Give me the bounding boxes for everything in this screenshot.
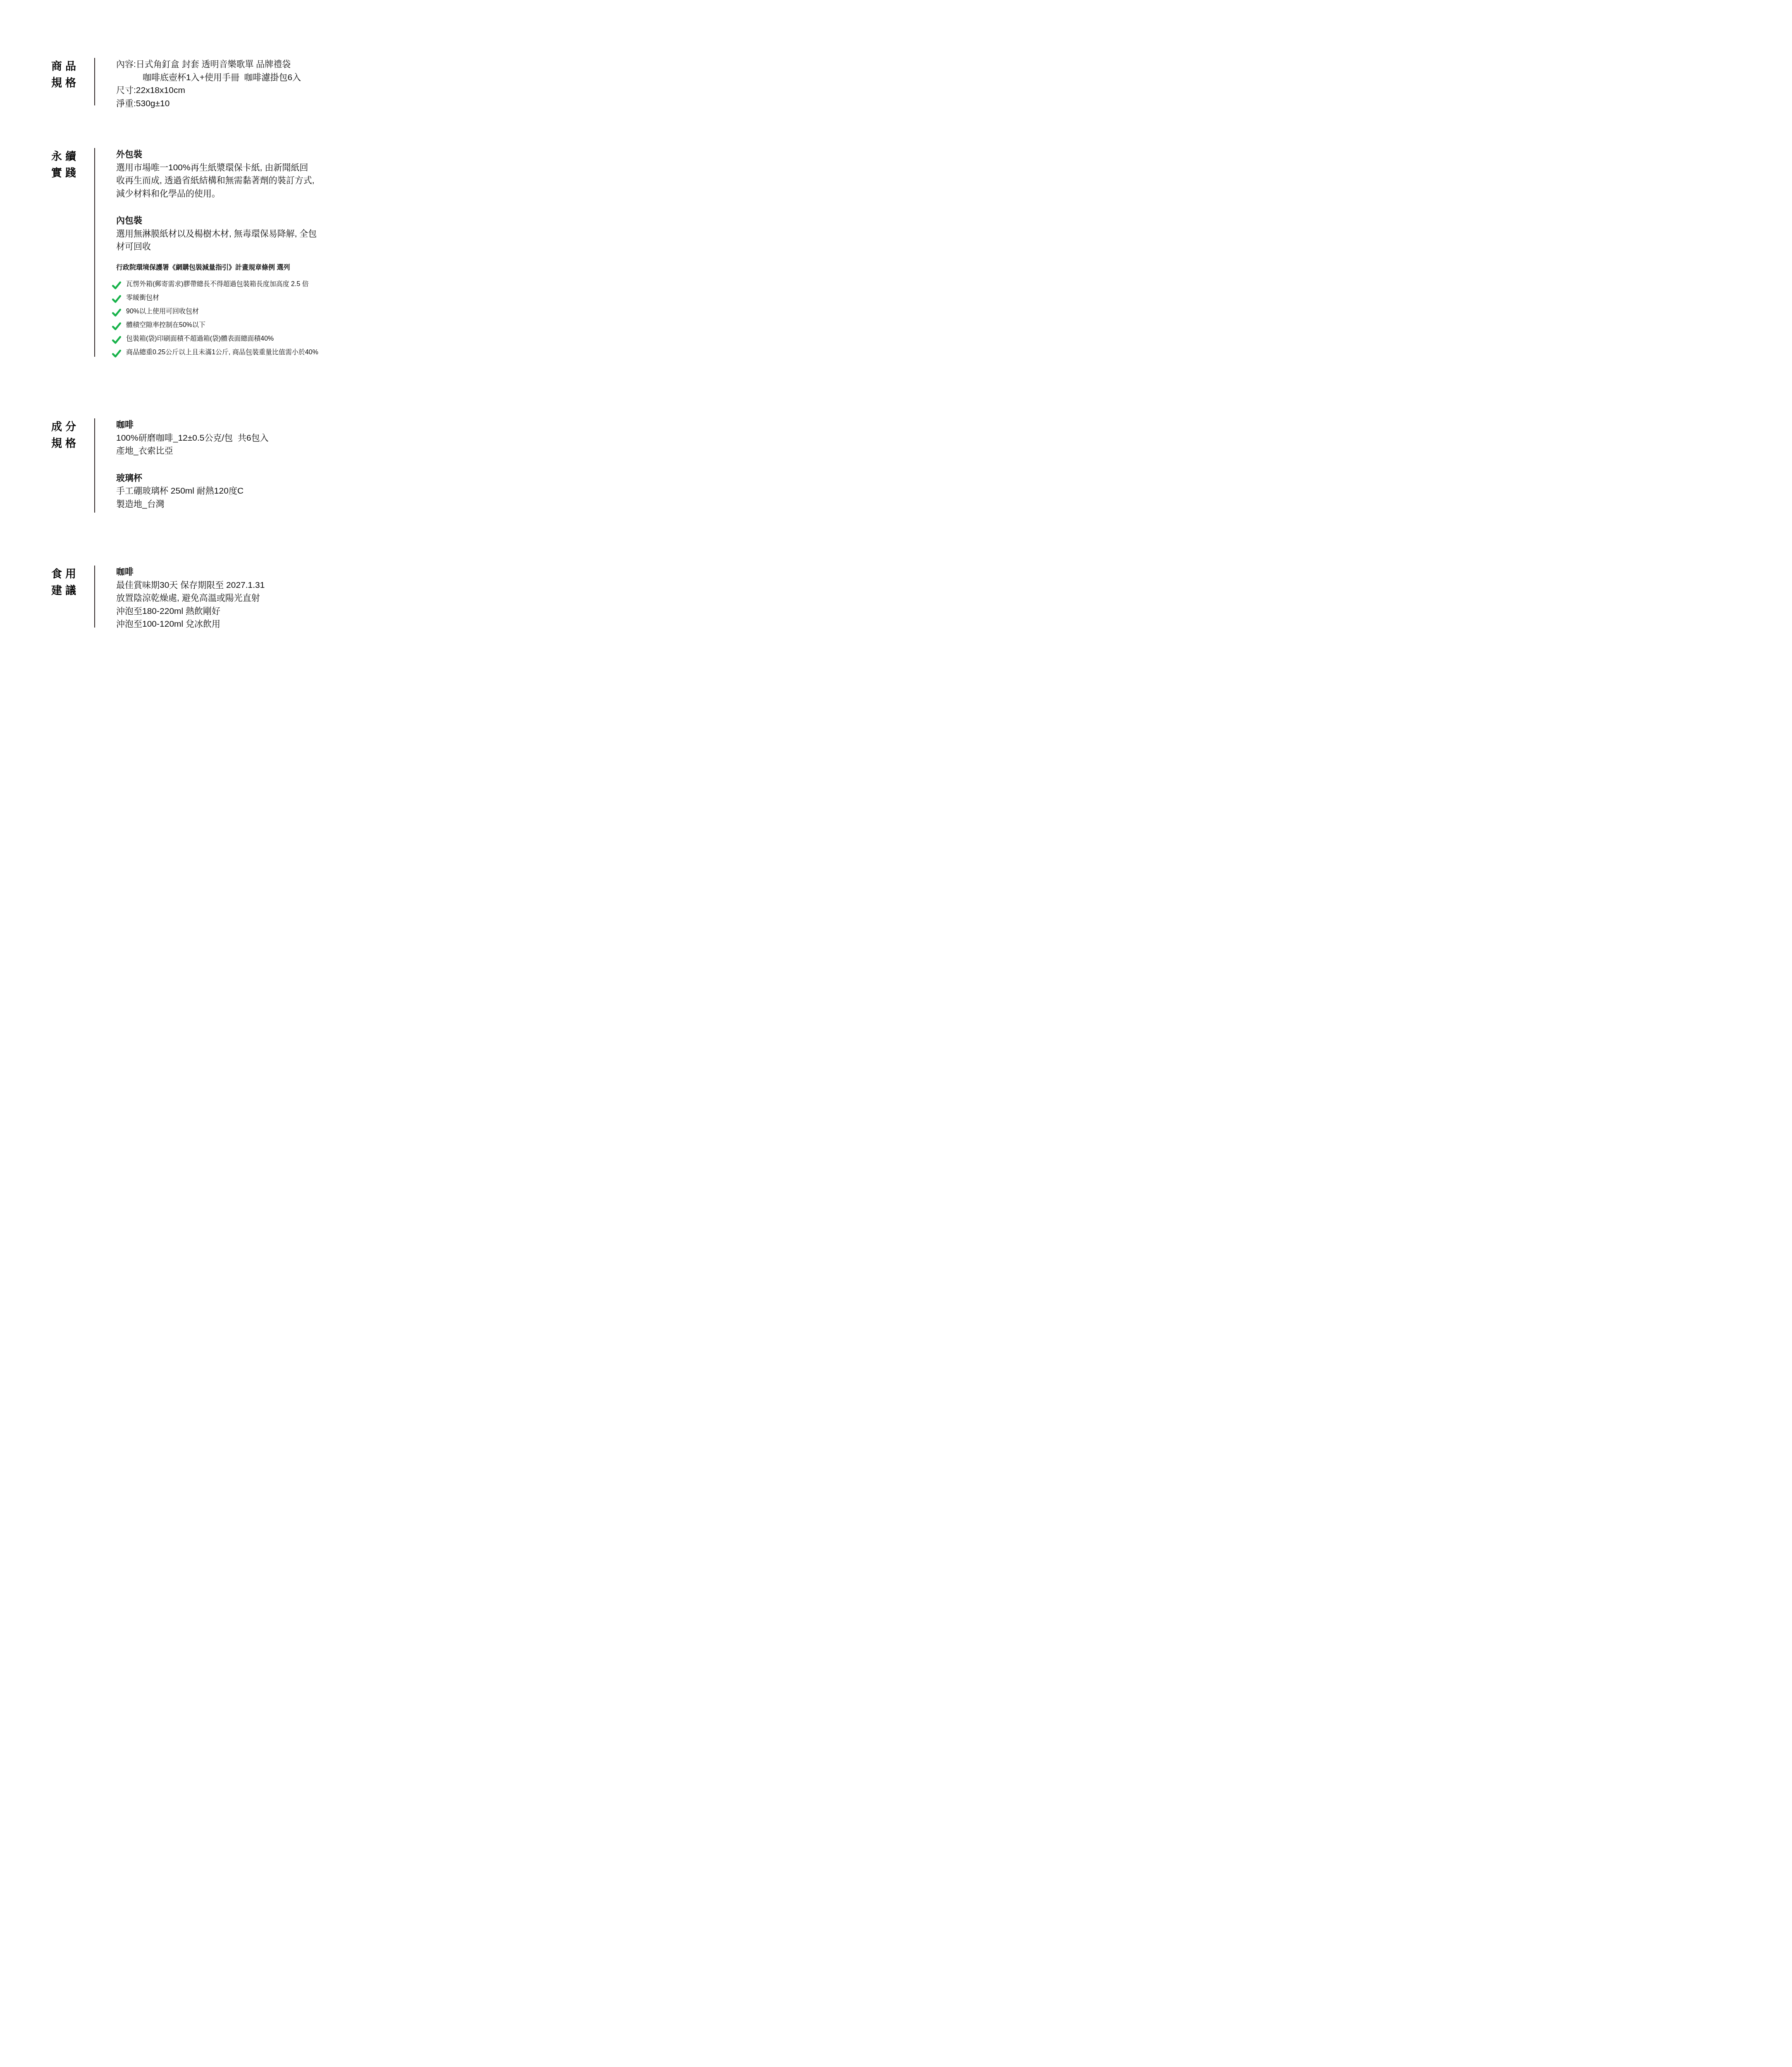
outer-packaging-heading: 外包裝 — [116, 148, 318, 161]
coffee-heading: 咖啡 — [116, 566, 265, 579]
section-consumption-advice: 食用 建議 咖啡 最佳賞味期30天 保存期限至 2027.1.31 放置陰涼乾燥… — [0, 566, 265, 631]
outer-packaging-text: 收再生而成, 透過省紙結構和無需黏著劑的裝訂方式, — [116, 174, 318, 187]
checklist-item: 瓦愣外箱(郵寄需求)膠帶總長不得超過包裝箱長度加高度 2.5 倍 — [112, 278, 318, 291]
check-icon — [112, 308, 121, 316]
coffee-spec: 100%研磨咖啡_12±0.5公克/包 共6包入 — [116, 432, 269, 445]
inner-packaging-text: 選用無淋膜紙材以及楊樹木材, 無毒環保易降解, 全包 — [116, 227, 318, 241]
section-label-line: 成分 — [51, 418, 94, 435]
section-label-line: 商品 — [51, 58, 94, 74]
check-icon — [112, 348, 121, 357]
section-label-line: 實踐 — [51, 165, 94, 181]
section-content: 咖啡 100%研磨咖啡_12±0.5公克/包 共6包入 產地_衣索比亞 玻璃杯 … — [95, 418, 269, 511]
section-label-ingredients: 成分 規格 — [0, 418, 94, 451]
outer-packaging-text: 選用市場唯一100%再生紙漿環保卡紙, 由新聞紙回 — [116, 161, 318, 174]
glass-spec: 手工硼玻璃杯 250ml 耐熱120度C — [116, 485, 269, 498]
check-icon — [112, 280, 121, 289]
checklist-item: 零緩衝包材 — [112, 291, 318, 305]
checklist-item-label: 包裝箱(袋)印刷面積不超過箱(袋)體表面總面積40% — [126, 332, 274, 346]
section-label-line: 規格 — [51, 74, 94, 91]
section-product-spec: 商品 規格 內容:日式角釘盒 封套 透明音樂歌單 品牌禮袋 咖啡底壺杯1入+使用… — [0, 58, 301, 110]
section-label-sustainability: 永續 實踐 — [0, 148, 94, 181]
check-icon — [112, 294, 121, 302]
inner-packaging-heading: 內包裝 — [116, 214, 318, 227]
section-ingredients: 成分 規格 咖啡 100%研磨咖啡_12±0.5公克/包 共6包入 產地_衣索比… — [0, 418, 269, 513]
checklist-item: 體積空隙率控制在50%以下 — [112, 319, 318, 332]
section-label-line: 建議 — [51, 582, 94, 599]
checklist-item-label: 瓦愣外箱(郵寄需求)膠帶總長不得超過包裝箱長度加高度 2.5 倍 — [126, 278, 309, 291]
section-content: 咖啡 最佳賞味期30天 保存期限至 2027.1.31 放置陰涼乾燥處, 避免高… — [95, 566, 265, 631]
storage-advice: 放置陰涼乾燥處, 避免高溫或陽光直射 — [116, 592, 265, 605]
spec-contents-line: 內容:日式角釘盒 封套 透明音樂歌單 品牌禮袋 — [116, 58, 301, 71]
iced-brew-advice: 沖泡至100-120ml 兌冰飲用 — [116, 618, 265, 631]
section-label-product-spec: 商品 規格 — [0, 58, 94, 91]
section-label-line: 永續 — [51, 148, 94, 165]
section-content: 內容:日式角釘盒 封套 透明音樂歌單 品牌禮袋 咖啡底壺杯1入+使用手冊 咖啡濾… — [95, 58, 301, 110]
section-label-line: 規格 — [51, 435, 94, 451]
check-icon — [112, 321, 121, 329]
inner-packaging-text: 材可回收 — [116, 240, 318, 253]
glass-heading: 玻璃杯 — [116, 472, 269, 485]
best-before: 最佳賞味期30天 保存期限至 2027.1.31 — [116, 579, 265, 592]
product-spec-sheet: 商品 規格 內容:日式角釘盒 封套 透明音樂歌單 品牌禮袋 咖啡底壺杯1入+使用… — [0, 0, 390, 675]
checklist-item: 包裝箱(袋)印刷面積不超過箱(袋)體表面總面積40% — [112, 332, 318, 346]
section-label-consumption: 食用 建議 — [0, 566, 94, 599]
checklist-item-label: 90%以上使用可回收包材 — [126, 305, 199, 318]
spec-dimensions: 尺寸:22x18x10cm — [116, 84, 301, 97]
checklist-item-label: 體積空隙率控制在50%以下 — [126, 319, 205, 332]
checklist-item-label: 商品總重0.25公斤以上且未滿1公斤, 商品包裝重量比值需小於40% — [126, 346, 318, 359]
coffee-heading: 咖啡 — [116, 418, 269, 432]
compliance-checklist: 瓦愣外箱(郵寄需求)膠帶總長不得超過包裝箱長度加高度 2.5 倍 零緩衝包材 9… — [116, 278, 318, 360]
spec-net-weight: 淨重:530g±10 — [116, 97, 301, 110]
checklist-item: 90%以上使用可回收包材 — [112, 305, 318, 319]
hot-brew-advice: 沖泡至180-220ml 熱飲剛好 — [116, 605, 265, 618]
spec-contents-line-2: 咖啡底壺杯1入+使用手冊 咖啡濾掛包6入 — [116, 71, 301, 84]
section-content: 外包裝 選用市場唯一100%再生紙漿環保卡紙, 由新聞紙回 收再生而成, 透過省… — [95, 148, 318, 360]
glass-origin: 製造地_台灣 — [116, 498, 269, 511]
outer-packaging-text: 減少材料和化學品的使用。 — [116, 187, 318, 200]
checklist-item-label: 零緩衝包材 — [126, 291, 159, 305]
checklist-item: 商品總重0.25公斤以上且未滿1公斤, 商品包裝重量比值需小於40% — [112, 346, 318, 360]
checklist-title: 行政院環境保護署《網購包裝減量指引》計畫規章條例 選列 — [116, 263, 318, 272]
section-sustainability: 永續 實踐 外包裝 選用市場唯一100%再生紙漿環保卡紙, 由新聞紙回 收再生而… — [0, 148, 318, 360]
check-icon — [112, 335, 121, 343]
coffee-origin: 產地_衣索比亞 — [116, 444, 269, 458]
section-label-line: 食用 — [51, 566, 94, 582]
